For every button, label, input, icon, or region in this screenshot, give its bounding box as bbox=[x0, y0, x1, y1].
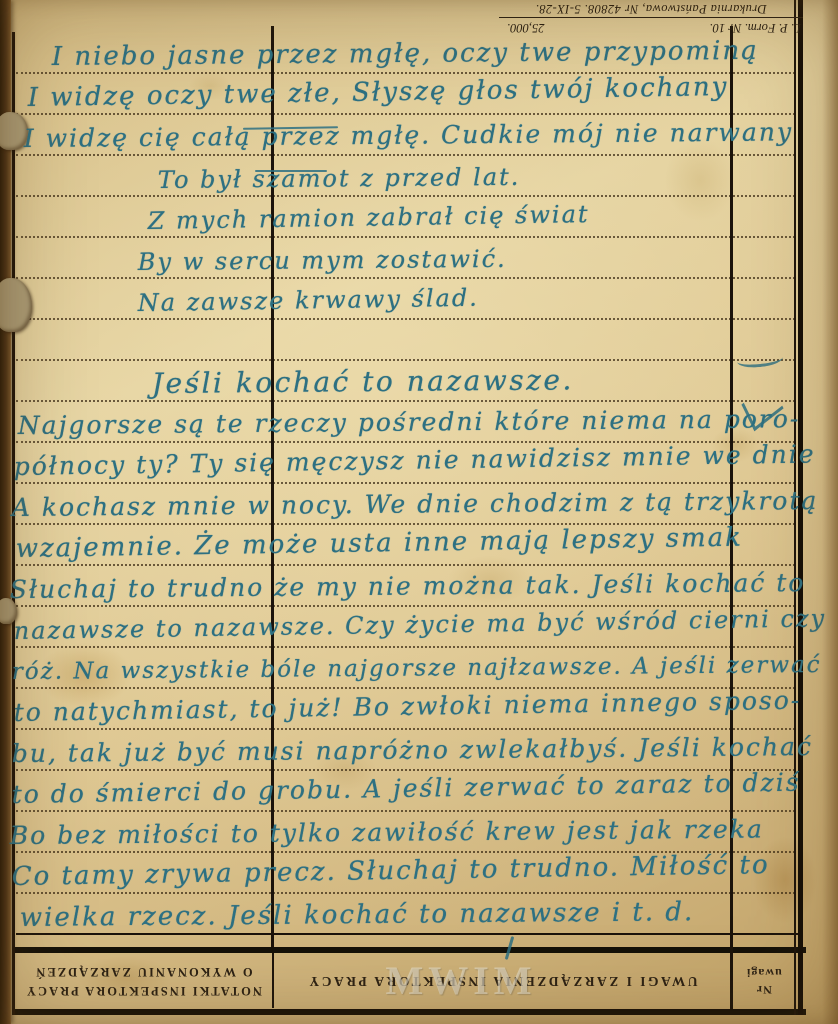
print-run-label: 25,000. bbox=[507, 20, 545, 35]
handwritten-line: wielka rzecz. Jeśli kochać to nazawsze i… bbox=[20, 895, 695, 935]
handwritten-line: bu, tak już być musi napróżno zwlekałbyś… bbox=[12, 730, 813, 771]
handwritten-line: Bo bez miłości to tylko zawiłość krew je… bbox=[10, 812, 764, 853]
handwritten-line: I widzę oczy twe złe, Słyszę głos twój k… bbox=[27, 70, 728, 115]
handwritten-line: I niebo jasne przez mgłę, oczy twe przyp… bbox=[52, 34, 759, 74]
handwritten-line: Słuchaj to trudno że my nie można tak. J… bbox=[10, 566, 806, 607]
handwritten-line: Najgorsze są te rzeczy pośredni które ni… bbox=[18, 402, 801, 443]
printer-imprint-block: L. P. Form. Nr 10. 25,000. Drukarnia Pań… bbox=[497, 1, 805, 36]
handwritten-line: róż. Na wszystkie bóle najgorsze najłzaw… bbox=[12, 648, 822, 689]
ruled-line bbox=[16, 400, 795, 402]
handwritten-line: to natychmiast, to już! Bo zwłoki niema … bbox=[13, 684, 801, 730]
ruled-line bbox=[16, 564, 795, 566]
page-bottom-border bbox=[13, 1009, 806, 1015]
notes-column-header: NOTATKI INSPEKTORA PRACY O WYKONANIU ZAR… bbox=[15, 953, 274, 1008]
scanned-notebook-page: L. P. Form. Nr 10. 25,000. Drukarnia Pań… bbox=[0, 0, 838, 1024]
ruled-line bbox=[16, 359, 795, 361]
ink-overline bbox=[255, 170, 327, 172]
ruled-line bbox=[16, 482, 795, 484]
handwritten-line: to do śmierci do grobu. A jeśli zerwać t… bbox=[11, 766, 800, 812]
ruled-line bbox=[16, 728, 795, 730]
ink-flourish bbox=[736, 350, 783, 370]
number-header-line1: Nr bbox=[746, 981, 782, 998]
ruled-line bbox=[16, 318, 795, 320]
number-column-header: Nr uwagi bbox=[730, 953, 796, 1008]
handwritten-line: północy ty? Ty się męczysz nie nawidzisz… bbox=[13, 437, 815, 484]
handwritten-line: A kochasz mnie w nocy. We dnie chodzim z… bbox=[12, 484, 819, 525]
page-edge-shadow bbox=[822, 0, 838, 1024]
ruled-line bbox=[16, 892, 795, 894]
handwritten-heading: Jeśli kochać to nazawsze. bbox=[152, 363, 574, 401]
number-header-line2: uwagi bbox=[746, 963, 782, 980]
handwritten-line: Co tamy zrywa precz. Słuchaj to trudno. … bbox=[11, 848, 769, 894]
handwritten-line: nazawsze to nazawsze. Czy życie ma być w… bbox=[13, 601, 826, 648]
notes-header-line1: NOTATKI INSPEKTORA PRACY bbox=[25, 981, 262, 1000]
ruled-line bbox=[16, 236, 795, 238]
ruled-line bbox=[16, 277, 795, 279]
ruled-line bbox=[16, 646, 795, 648]
torn-paper-fray bbox=[0, 278, 32, 332]
form-number-label: L. P. Form. Nr 10. bbox=[710, 20, 801, 35]
handwritten-line: Na zawsze krwawy ślad. bbox=[137, 281, 479, 320]
binding-edge bbox=[0, 0, 11, 1024]
handwritten-line: wzajemnie. Że może usta inne mają lepszy… bbox=[15, 521, 743, 566]
archive-watermark: MWIM bbox=[352, 957, 570, 1004]
printer-name-label: Drukarnia Państwowa, Nr 42808. 5-IX-28. bbox=[497, 1, 805, 17]
ruled-line bbox=[16, 195, 795, 197]
handwritten-line: I widzę cię całą przez mgłę. Cudkie mój … bbox=[24, 115, 793, 156]
notes-header-line2: O WYKONANIU ZARZĄDZEŃ bbox=[25, 961, 262, 980]
imprint-divider bbox=[499, 17, 803, 18]
handwritten-line: By w sercu mym zostawić. bbox=[138, 242, 507, 279]
ruled-line bbox=[16, 810, 795, 812]
handwritten-line: To był szamot z przed lat. bbox=[158, 160, 521, 197]
handwritten-line: Z mych ramion zabrał cię świat bbox=[147, 197, 589, 238]
